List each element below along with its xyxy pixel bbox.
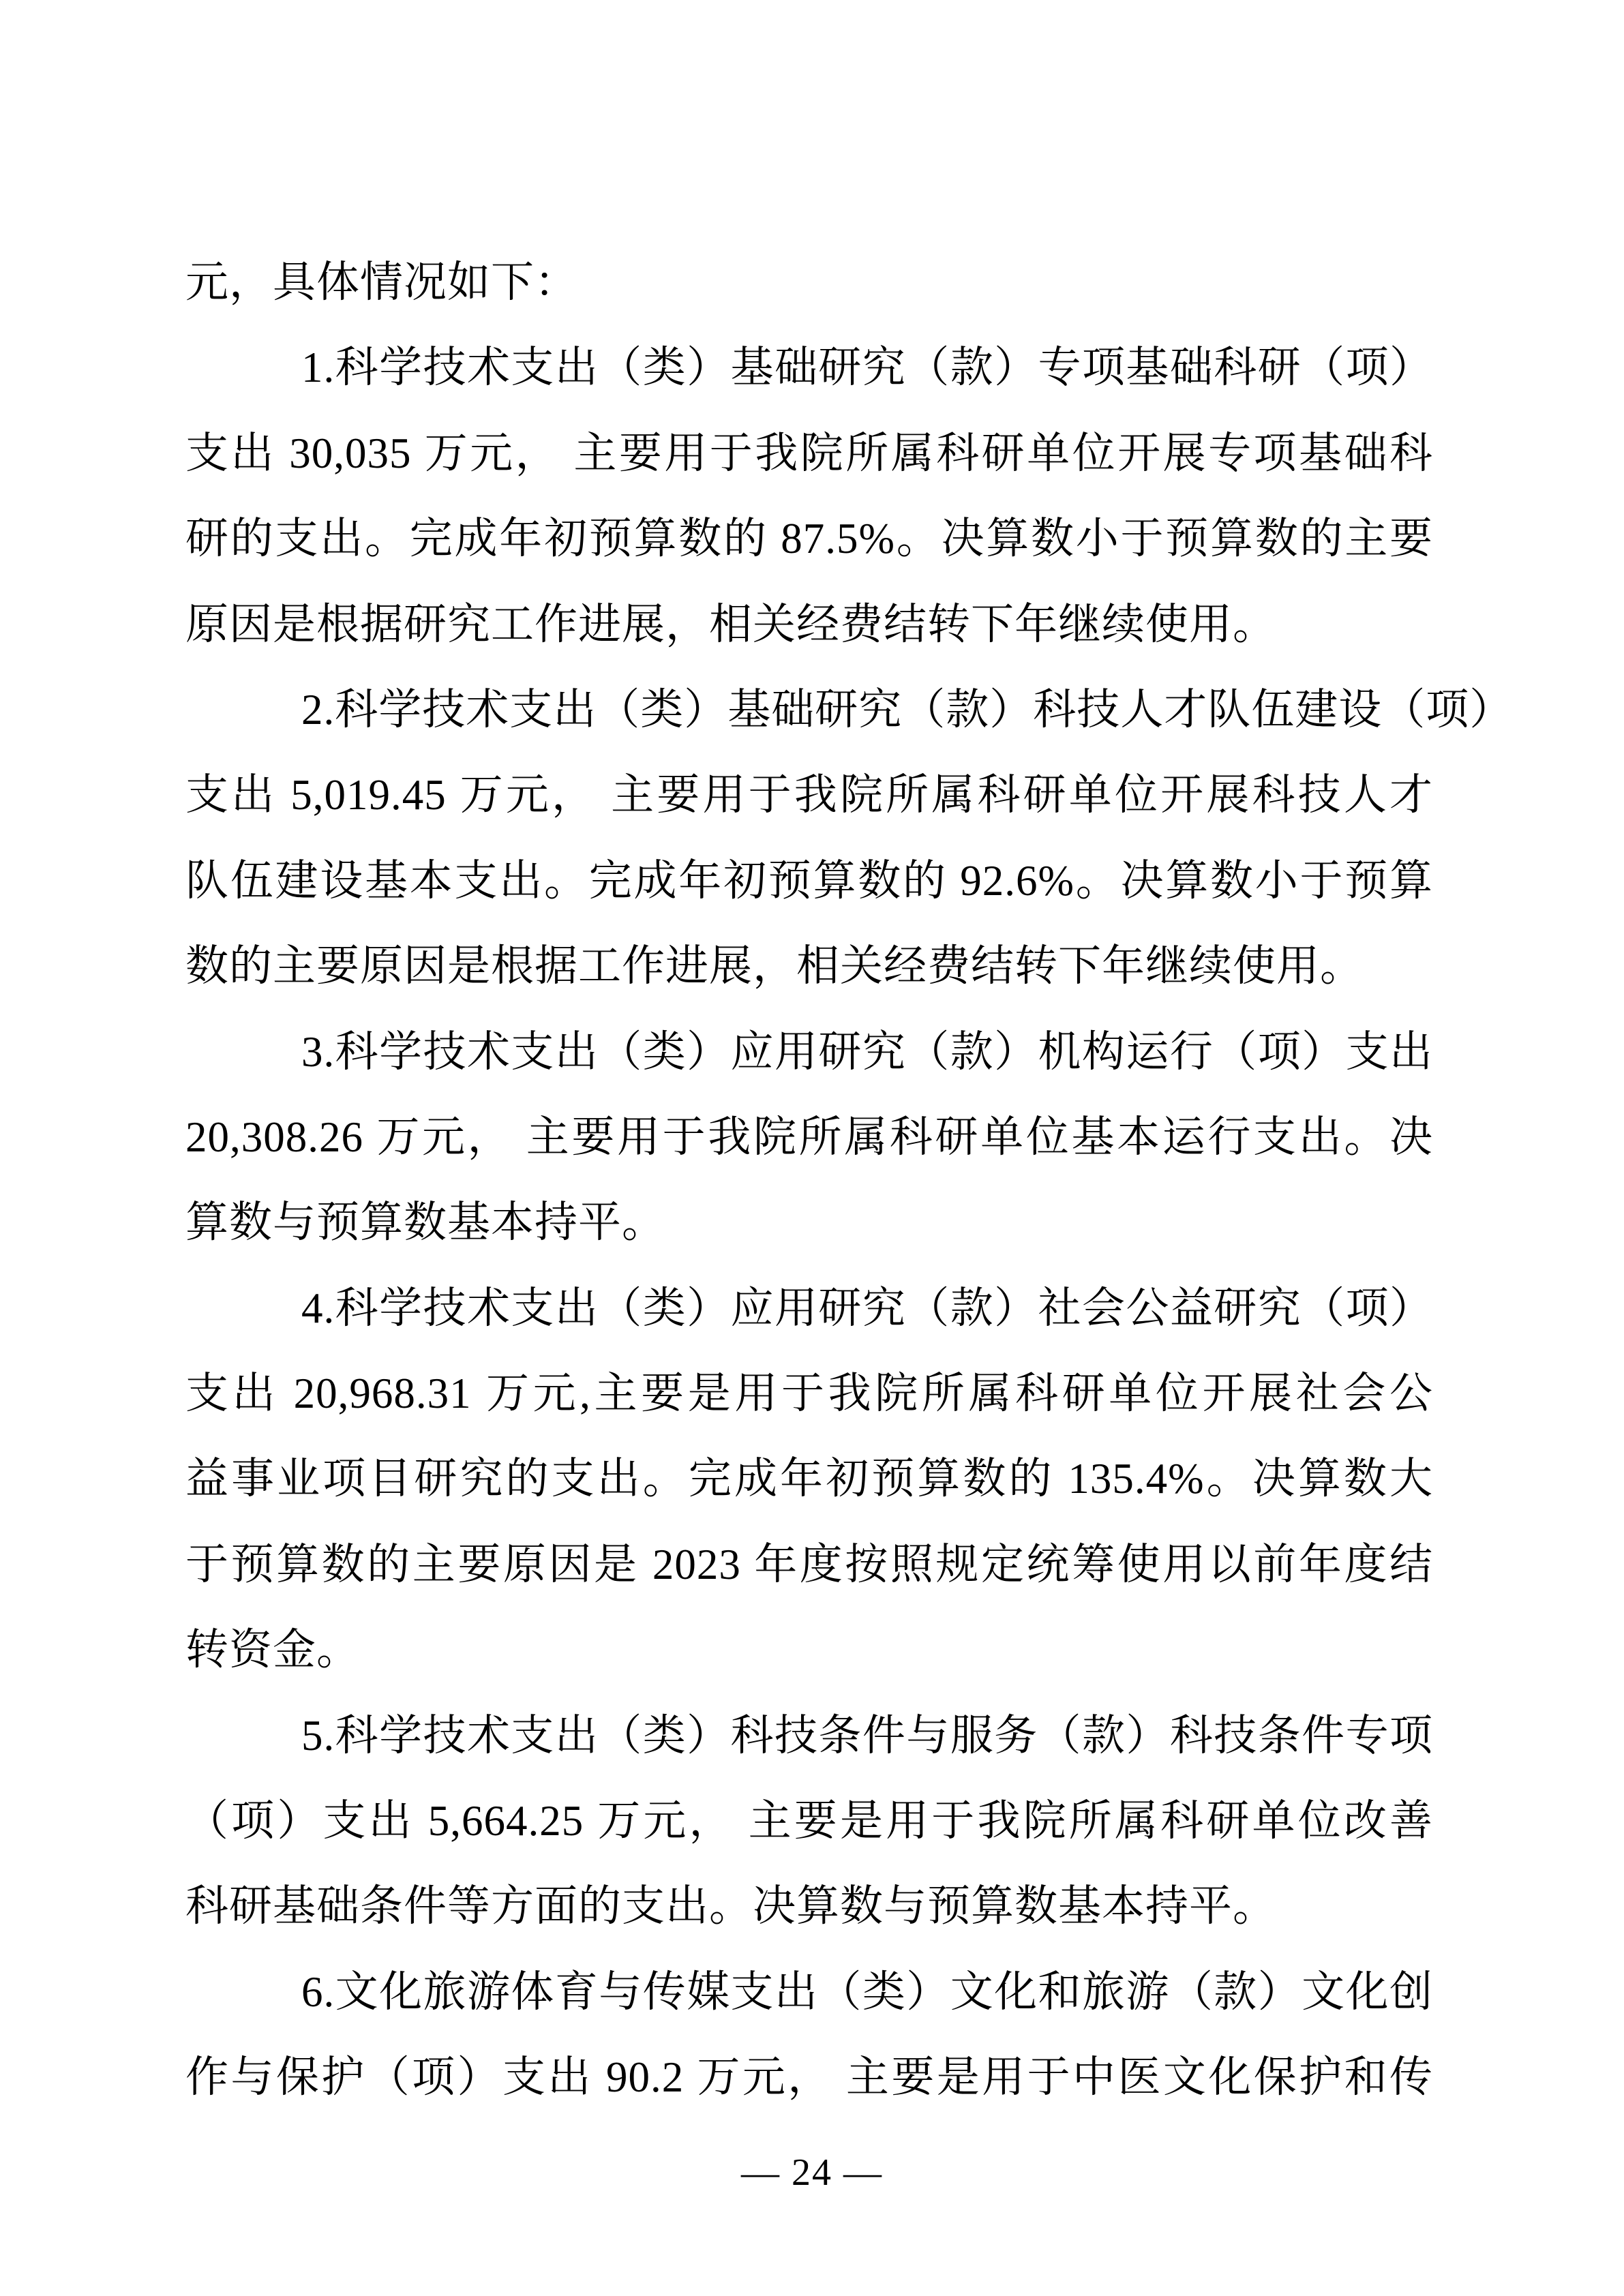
text-line: 4.科学技术支出（类）应用研究（款）社会公益研究（项） [185,1266,1433,1351]
text-column: 元，具体情况如下：1.科学技术支出（类）基础研究（款）专项基础科研（项）支出 3… [185,240,1433,2121]
text-line: 研的支出。完成年初预算数的 87.5%。决算数小于预算数的主要 [185,496,1433,581]
text-line: 20,308.26 万元， 主要用于我院所属科研单位基本运行支出。决 [185,1095,1433,1180]
text-line: 算数与预算数基本持平。 [185,1180,1433,1265]
text-line: 1.科学技术支出（类）基础研究（款）专项基础科研（项） [185,325,1433,410]
page-number: — 24 — [0,2149,1624,2196]
text-line: 6.文化旅游体育与传媒支出（类）文化和旅游（款）文化创 [185,1950,1433,2035]
text-line: 益事业项目研究的支出。完成年初预算数的 135.4%。决算数大 [185,1436,1433,1522]
text-line: 作与保护（项）支出 90.2 万元， 主要是用于中医文化保护和传 [185,2035,1433,2120]
text-line: 支出 30,035 万元， 主要用于我院所属科研单位开展专项基础科 [185,411,1433,496]
text-line: 支出 5,019.45 万元， 主要用于我院所属科研单位开展科技人才 [185,753,1433,838]
text-line: 5.科学技术支出（类）科技条件与服务（款）科技条件专项 [185,1693,1433,1779]
text-line: 于预算数的主要原因是 2023 年度按照规定统筹使用以前年度结 [185,1522,1433,1607]
text-line: 2.科学技术支出（类）基础研究（款）科技人才队伍建设（项） [185,667,1433,753]
document-page: 元，具体情况如下：1.科学技术支出（类）基础研究（款）专项基础科研（项）支出 3… [0,0,1624,2296]
text-line: 队伍建设基本支出。完成年初预算数的 92.6%。决算数小于预算 [185,839,1433,924]
text-line: 3.科学技术支出（类）应用研究（款）机构运行（项）支出 [185,1010,1433,1095]
text-line: 元，具体情况如下： [185,240,1433,325]
text-line: 支出 20,968.31 万元,主要是用于我院所属科研单位开展社会公 [185,1351,1433,1436]
text-line: 科研基础条件等方面的支出。决算数与预算数基本持平。 [185,1864,1433,1949]
text-line: 数的主要原因是根据工作进展，相关经费结转下年继续使用。 [185,924,1433,1009]
text-line: 原因是根据研究工作进展，相关经费结转下年继续使用。 [185,582,1433,667]
text-line: （项）支出 5,664.25 万元， 主要是用于我院所属科研单位改善 [185,1779,1433,1864]
text-line: 转资金。 [185,1607,1433,1693]
